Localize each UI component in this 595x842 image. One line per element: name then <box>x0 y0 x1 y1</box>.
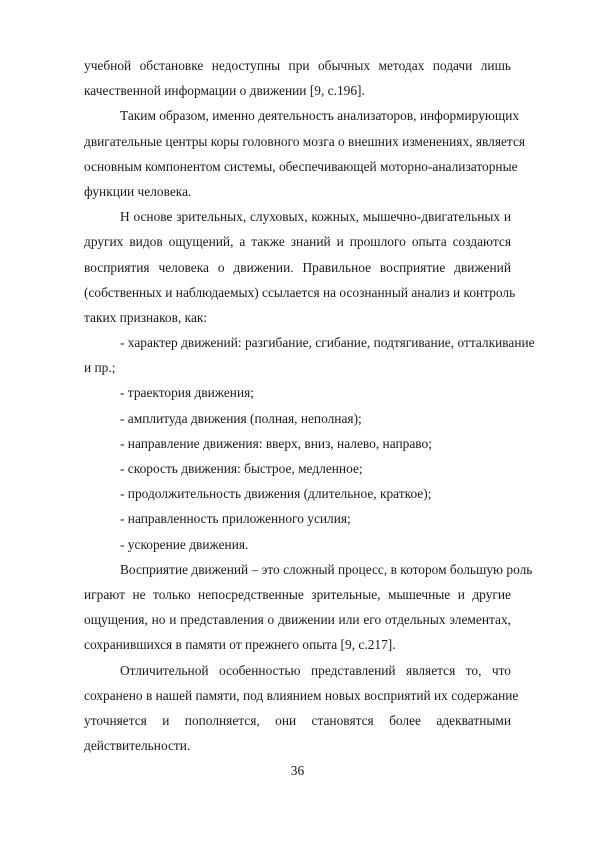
paragraph-line: играют не только непосредственные зрител… <box>84 582 511 607</box>
paragraph-line-indented: Н основе зрительных, слуховых, кожных, м… <box>84 204 511 229</box>
paragraph-line-indented: Отличительной особенностью представлений… <box>84 658 511 683</box>
paragraph-line-indented: - скорость движения: быстрое, медленное; <box>84 456 511 481</box>
paragraph-line: сохранено в нашей памяти, под влиянием н… <box>84 683 511 708</box>
paragraph-line: (собственных и наблюдаемых) ссылается на… <box>84 280 511 305</box>
paragraph-line: двигательные центры коры головного мозга… <box>84 129 511 154</box>
page-number: 36 <box>0 761 595 781</box>
paragraph-line: и пр.; <box>84 355 511 380</box>
paragraph-line-indented: - характер движений: разгибание, сгибани… <box>84 330 511 355</box>
paragraph-line: функции человека. <box>84 179 511 204</box>
paragraph-line-indented: - продолжительность движения (длительное… <box>84 481 511 506</box>
paragraph-line: других видов ощущений, а также знаний и … <box>84 229 511 254</box>
paragraph-line: восприятия человека о движении. Правильн… <box>84 255 511 280</box>
paragraph-line-indented: - ускорение движения. <box>84 532 511 557</box>
paragraph-line-indented: - направление движения: вверх, вниз, нал… <box>84 431 511 456</box>
paragraph-line-indented: Восприятие движений – это сложный процес… <box>84 557 511 582</box>
paragraph-line: ощущения, но и представления о движении … <box>84 607 511 632</box>
paragraph-line: действительности. <box>84 733 511 758</box>
document-body: учебной обстановке недоступны при обычны… <box>84 53 511 758</box>
paragraph-line-indented: - траектория движения; <box>84 380 511 405</box>
paragraph-line: уточняется и пополняется, они становятся… <box>84 708 511 733</box>
paragraph-line: таких признаков, как: <box>84 305 511 330</box>
paragraph-line-indented: - амплитуда движения (полная, неполная); <box>84 406 511 431</box>
paragraph-line-indented: - направленность приложенного усилия; <box>84 506 511 531</box>
paragraph-line-indented: Таким образом, именно деятельность анали… <box>84 103 511 128</box>
paragraph-line: основным компонентом системы, обеспечива… <box>84 154 511 179</box>
paragraph-line: качественной информации о движении [9, с… <box>84 78 511 103</box>
paragraph-line: учебной обстановке недоступны при обычны… <box>84 53 511 78</box>
paragraph-line: сохранившихся в памяти от прежнего опыта… <box>84 632 511 657</box>
